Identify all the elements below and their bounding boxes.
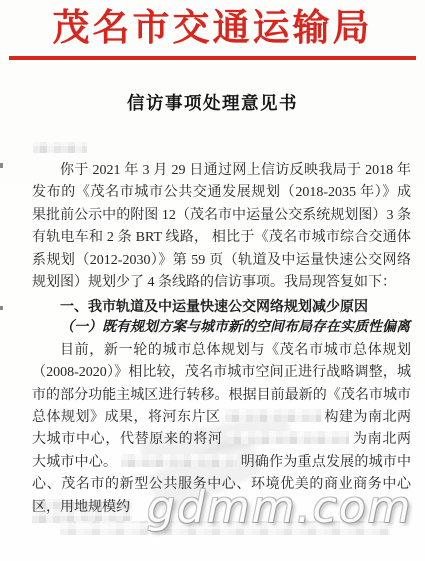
header-double-rule [9,56,416,60]
redaction-inline-2 [227,431,349,444]
paragraph-intro: 你于 2021 年 3 月 29 日通过网上信访反映我局于 2018 年发布的《… [32,160,411,295]
document-title: 信访事项处理意见书 [0,90,425,115]
section-heading-1: 一、我市轨道及中运量快速公交网络规划减少原因 [32,295,411,317]
agency-header-title: 茂名市交通运输局 [0,5,425,53]
document-page: 茂名市交通运输局 信访事项处理意见书 你于 2021 年 3 月 29 日通过网… [0,0,425,561]
scan-artifact [0,163,3,168]
scan-artifact [0,306,3,310]
redaction-inline-1 [225,409,321,422]
redaction-inline-3 [121,454,237,467]
redacted-addressee-block [33,142,87,153]
document-body: 你于 2021 年 3 月 29 日通过网上信访反映我局于 2018 年发布的《… [32,160,411,519]
section-heading-1-1: （一）既有规划方案与城市新的空间布局存在实质性偏离 [32,317,411,339]
redaction-strip-bottom [60,521,390,535]
paragraph-analysis: 目前，新一轮的城市总体规划与《茂名市城市总体规划（2008-2020）》相比较，… [32,340,411,520]
